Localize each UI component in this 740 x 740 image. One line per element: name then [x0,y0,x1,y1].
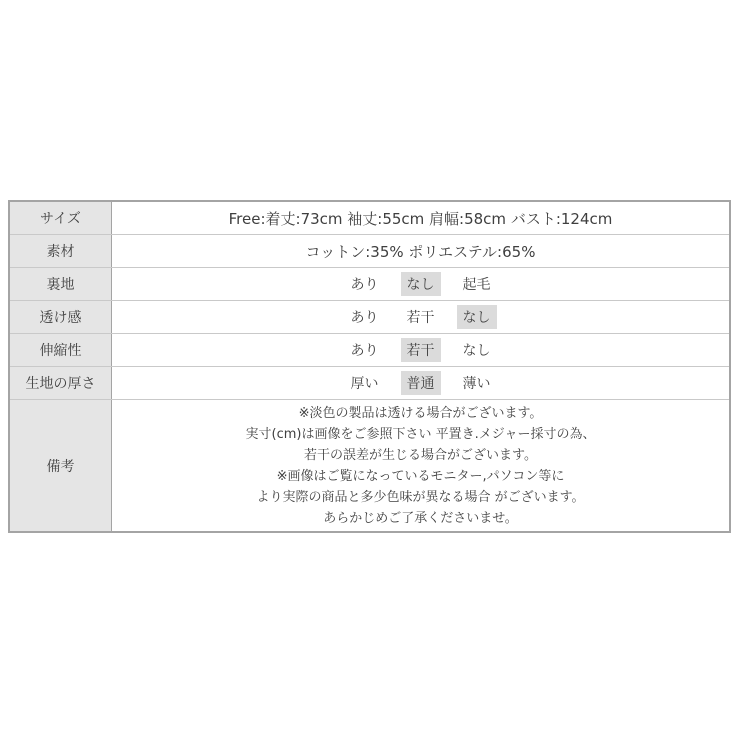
notes-line: あらかじめご了承くださいませ。 [112,508,729,529]
row-size: サイズ Free:着丈:73cm 袖丈:55cm 肩幅:58cm バスト:124… [10,202,729,235]
row-thickness: 生地の厚さ 厚い 普通 薄い [10,367,729,400]
row-thickness-value: 厚い 普通 薄い [112,367,729,399]
row-lining-value: あり なし 起毛 [112,268,729,300]
row-thickness-header: 生地の厚さ [10,367,112,399]
option-nashi: なし [457,305,497,329]
option-ari: あり [345,272,385,296]
row-sheerness-header: 透け感 [10,301,112,333]
row-sheerness-value: あり 若干 なし [112,301,729,333]
product-spec-table: サイズ Free:着丈:73cm 袖丈:55cm 肩幅:58cm バスト:124… [8,200,731,533]
row-material-header: 素材 [10,235,112,267]
lining-options: あり なし 起毛 [345,272,497,296]
row-notes: 備考 ※淡色の製品は透ける場合がございます。 実寸(cm)は画像をご参照下さい … [10,400,729,531]
option-nashi: なし [457,338,497,362]
row-material-value: コットン:35% ポリエステル:65% [112,235,729,267]
option-ari: あり [345,338,385,362]
option-atsui: 厚い [345,371,385,395]
notes-line: 若干の誤差が生じる場合がございます。 [112,445,729,466]
row-lining-header: 裏地 [10,268,112,300]
row-stretch: 伸縮性 あり 若干 なし [10,334,729,367]
row-lining: 裏地 あり なし 起毛 [10,268,729,301]
row-size-header: サイズ [10,202,112,234]
row-size-value: Free:着丈:73cm 袖丈:55cm 肩幅:58cm バスト:124cm [112,202,729,234]
option-jakkan: 若干 [401,305,441,329]
stretch-options: あり 若干 なし [345,338,497,362]
row-material: 素材 コットン:35% ポリエステル:65% [10,235,729,268]
row-stretch-value: あり 若干 なし [112,334,729,366]
thickness-options: 厚い 普通 薄い [345,371,497,395]
notes-line: ※画像はご覧になっているモニター,パソコン等に [112,466,729,487]
option-usui: 薄い [457,371,497,395]
notes-line: より実際の商品と多少色味が異なる場合 がございます。 [112,487,729,508]
option-kimo: 起毛 [457,272,497,296]
notes-line: ※淡色の製品は透ける場合がございます。 [112,403,729,424]
option-futsuu: 普通 [401,371,441,395]
notes-text: ※淡色の製品は透ける場合がございます。 実寸(cm)は画像をご参照下さい 平置き… [112,403,729,529]
option-jakkan: 若干 [401,338,441,362]
row-notes-value: ※淡色の製品は透ける場合がございます。 実寸(cm)は画像をご参照下さい 平置き… [112,400,729,531]
row-stretch-header: 伸縮性 [10,334,112,366]
option-ari: あり [345,305,385,329]
row-sheerness: 透け感 あり 若干 なし [10,301,729,334]
row-notes-header: 備考 [10,400,112,531]
option-nashi: なし [401,272,441,296]
notes-line: 実寸(cm)は画像をご参照下さい 平置き.メジャー採寸の為、 [112,424,729,445]
sheerness-options: あり 若干 なし [345,305,497,329]
